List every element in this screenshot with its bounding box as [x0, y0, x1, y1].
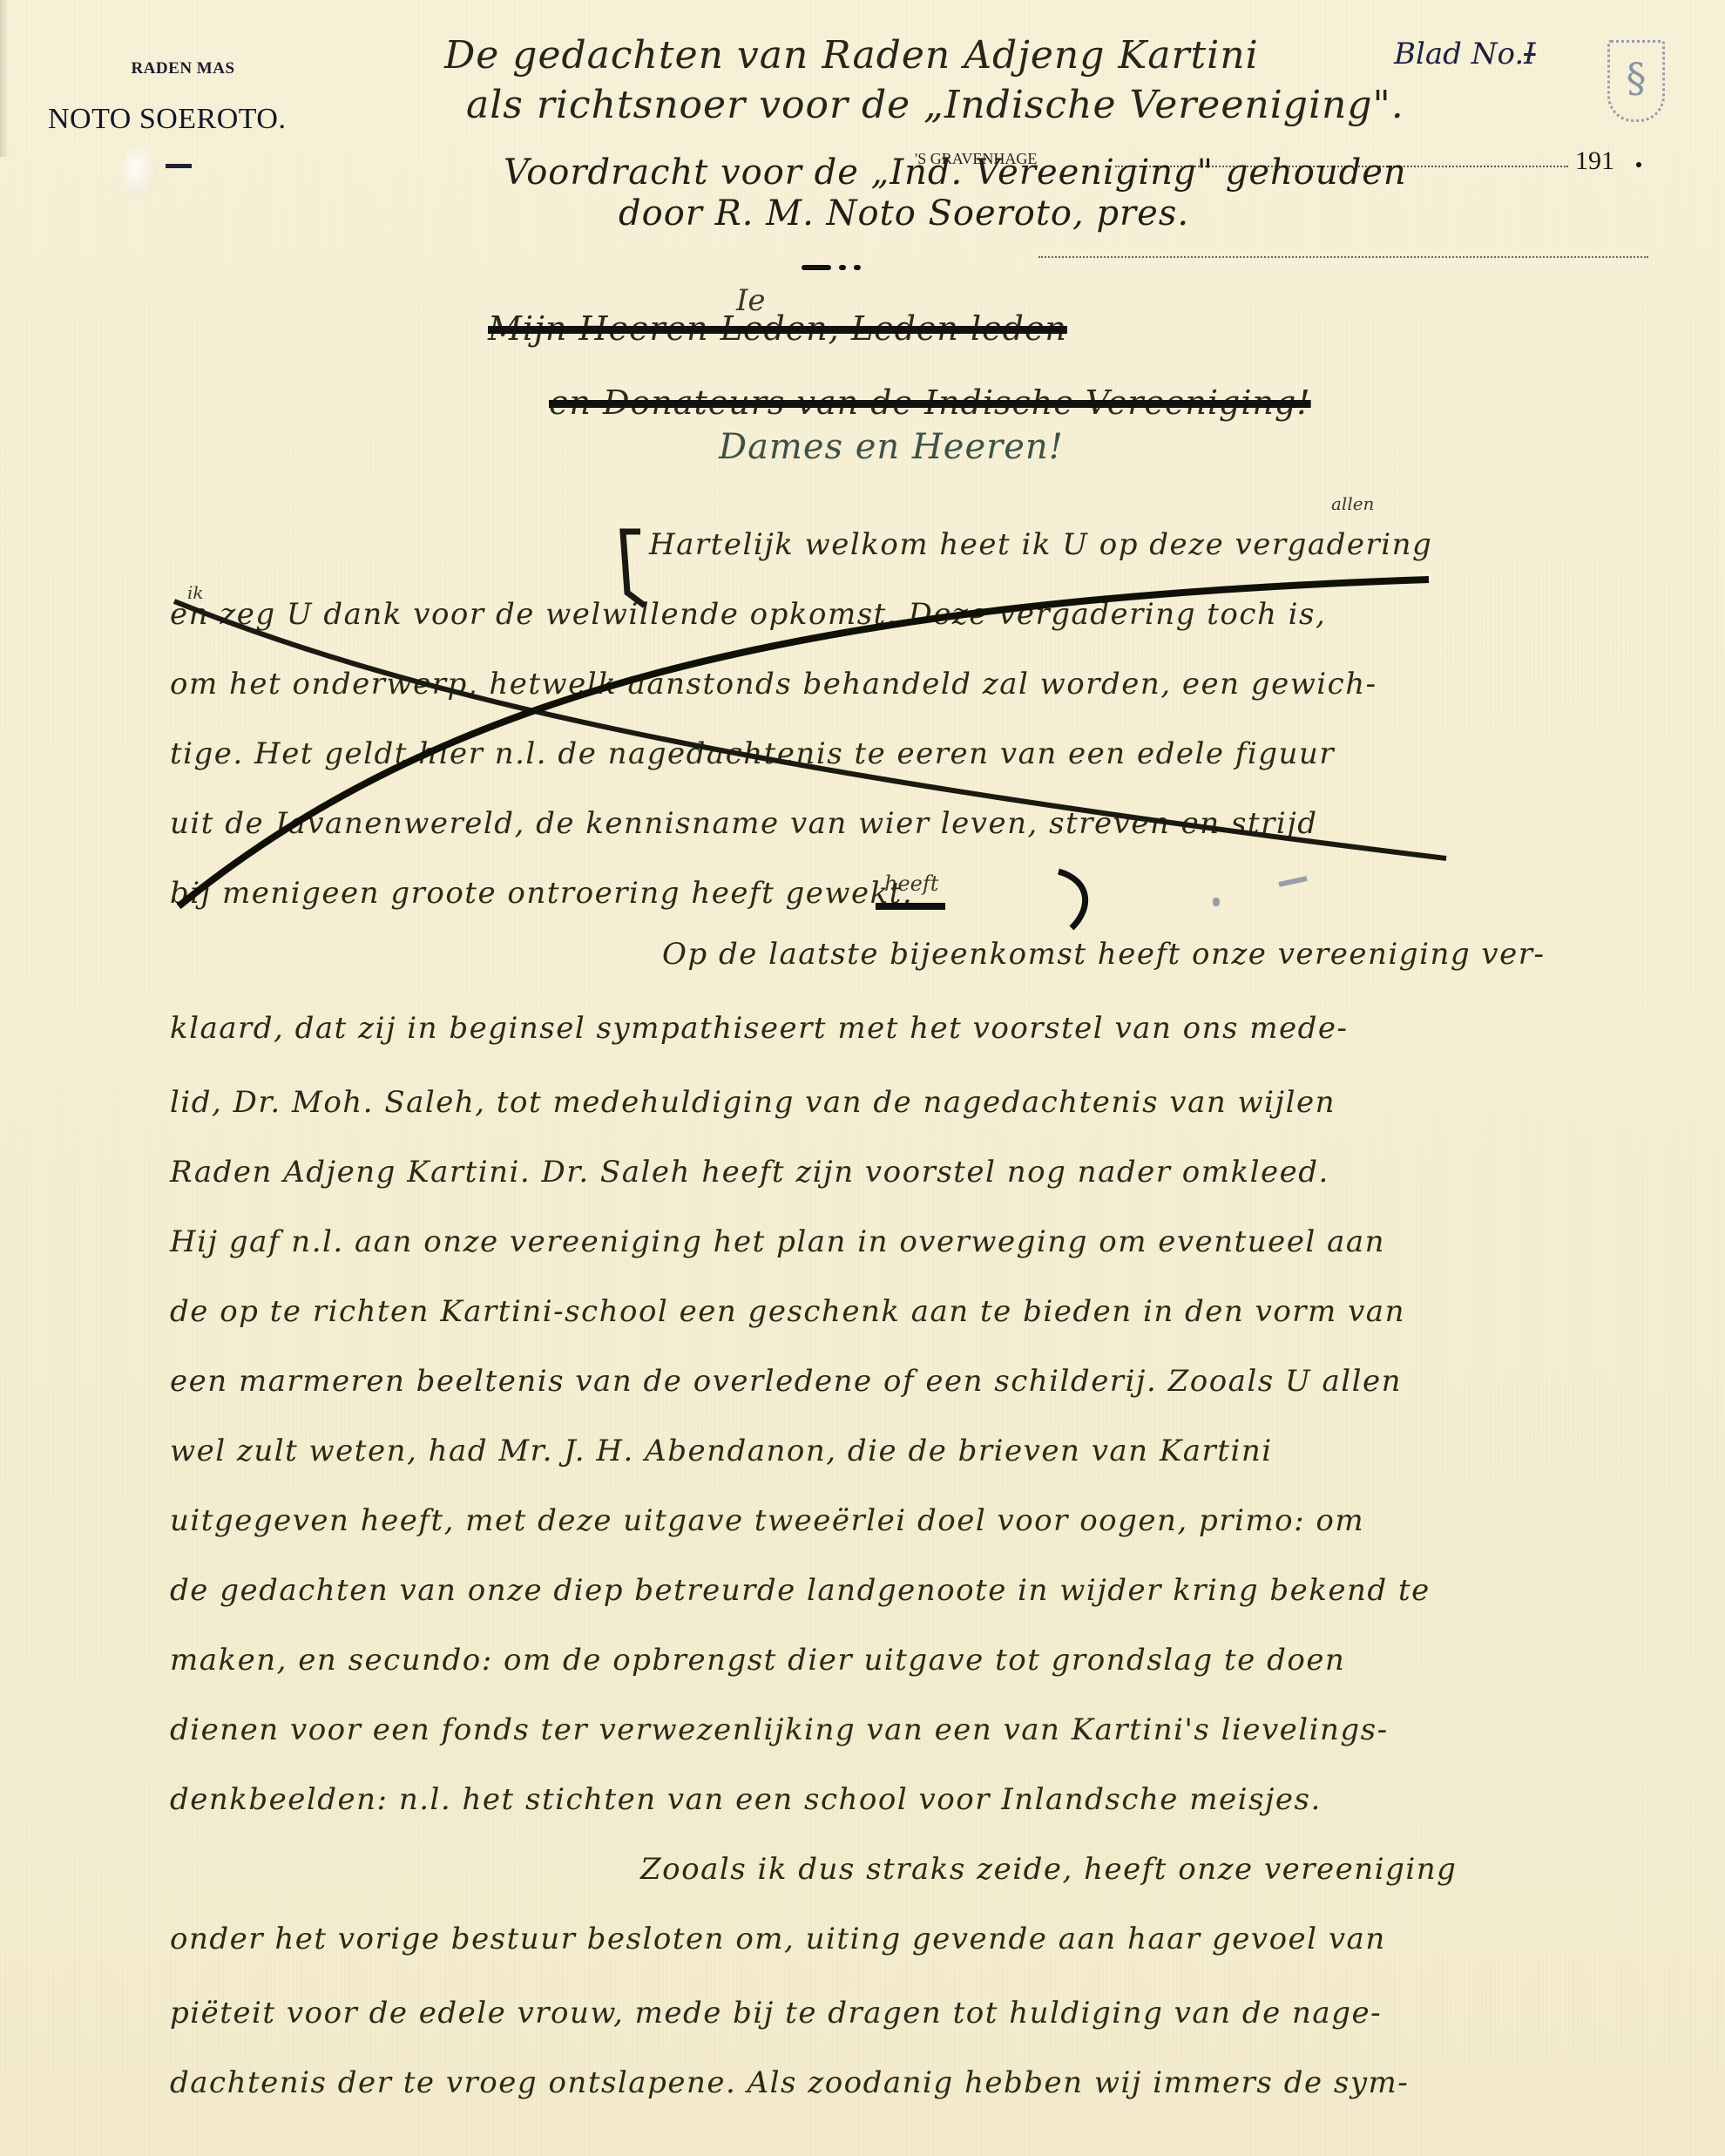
body-line: piëteit voor de edele vrouw, mede bij te…	[170, 1996, 1634, 2031]
subtitle-line-1: Voordracht voor de „Ind. Vereeniging" ge…	[504, 153, 1407, 193]
separator-mark	[802, 257, 862, 264]
sheet-number: I	[1524, 37, 1535, 71]
body-line: denkbeelden: n.l. het stichten van een s…	[170, 1782, 1634, 1817]
body-line: dienen voor een fonds ter verwezenlijkin…	[170, 1712, 1634, 1747]
paper-edge	[0, 0, 9, 157]
stamp-icon: §	[1607, 40, 1665, 122]
letterhead-title-small: RADEN MAS	[109, 59, 257, 78]
date-dotted-line	[1038, 256, 1648, 258]
body-line: lid, Dr. Moh. Saleh, tot medehuldiging v…	[170, 1085, 1634, 1120]
crossed-line: uit de Javanenwereld, de kennisname van …	[170, 806, 1634, 841]
year-dot	[1636, 162, 1641, 167]
emboss-mark	[122, 146, 157, 199]
year-prefix: 191	[1575, 146, 1614, 176]
crossed-line: om het onderwerp, hetwelk aanstonds beha…	[170, 667, 1634, 702]
crossed-line: Hartelijk welkom heet ik U op deze verga…	[649, 527, 1725, 562]
body-line: Zooals ik dus straks zeide, heeft onze v…	[640, 1852, 1725, 1887]
body-line: dachtenis der te vroeg ontslapene. Als z…	[170, 2065, 1634, 2100]
salutation: Dames en Heeren!	[719, 427, 1064, 467]
letterhead-dash	[166, 164, 192, 168]
body-line: maken, en secundo: om de opbrengst dier …	[170, 1643, 1634, 1678]
body-line: Raden Adjeng Kartini. Dr. Saleh heeft zi…	[170, 1155, 1634, 1190]
body-line: de gedachten van onze diep betreurde lan…	[170, 1573, 1634, 1608]
title-line-1: De gedachten van Raden Adjeng Kartini	[444, 33, 1259, 78]
body-line: klaard, dat zij in beginsel sympathiseer…	[170, 1011, 1634, 1046]
insert-allen: allen	[1331, 493, 1374, 514]
ink-spot	[1213, 898, 1220, 906]
sheet-number-label: Blad No.I	[1394, 37, 1536, 71]
crossed-line: tige. Het geldt hier n.l. de nagedachten…	[170, 736, 1634, 771]
sheet-label: Blad No.	[1394, 37, 1524, 71]
struck-salutation-2: en Donateurs van de Indische Vereeniging…	[549, 383, 1311, 422]
body-line: Op de laatste bijeenkomst heeft onze ver…	[662, 937, 1725, 972]
body-line: wel zult weten, had Mr. J. H. Abendanon,…	[170, 1434, 1634, 1468]
subtitle-line-2: door R. M. Noto Soeroto, pres.	[619, 193, 1189, 234]
body-line: onder het vorige bestuur besloten om, ui…	[170, 1922, 1634, 1956]
letterhead-name: NOTO SOEROTO.	[48, 103, 287, 136]
crossed-line: bij menigeen groote ontroering heeft gew…	[170, 876, 1634, 911]
struck-salutation-1: Mijn Heeren Leden, Leden leden	[488, 309, 1067, 348]
title-line-2: als richtsnoer voor de „Indische Vereeni…	[466, 83, 1404, 127]
body-line: een marmeren beeltenis van de overledene…	[170, 1364, 1634, 1399]
body-line: de op te richten Kartini-school een gesc…	[170, 1294, 1634, 1329]
body-line: Hij gaf n.l. aan onze vereeniging het pl…	[170, 1224, 1634, 1259]
crossed-line: en zeg U dank voor de welwillende opkoms…	[170, 597, 1634, 632]
body-line: uitgegeven heeft, met deze uitgave tweeë…	[170, 1503, 1634, 1538]
